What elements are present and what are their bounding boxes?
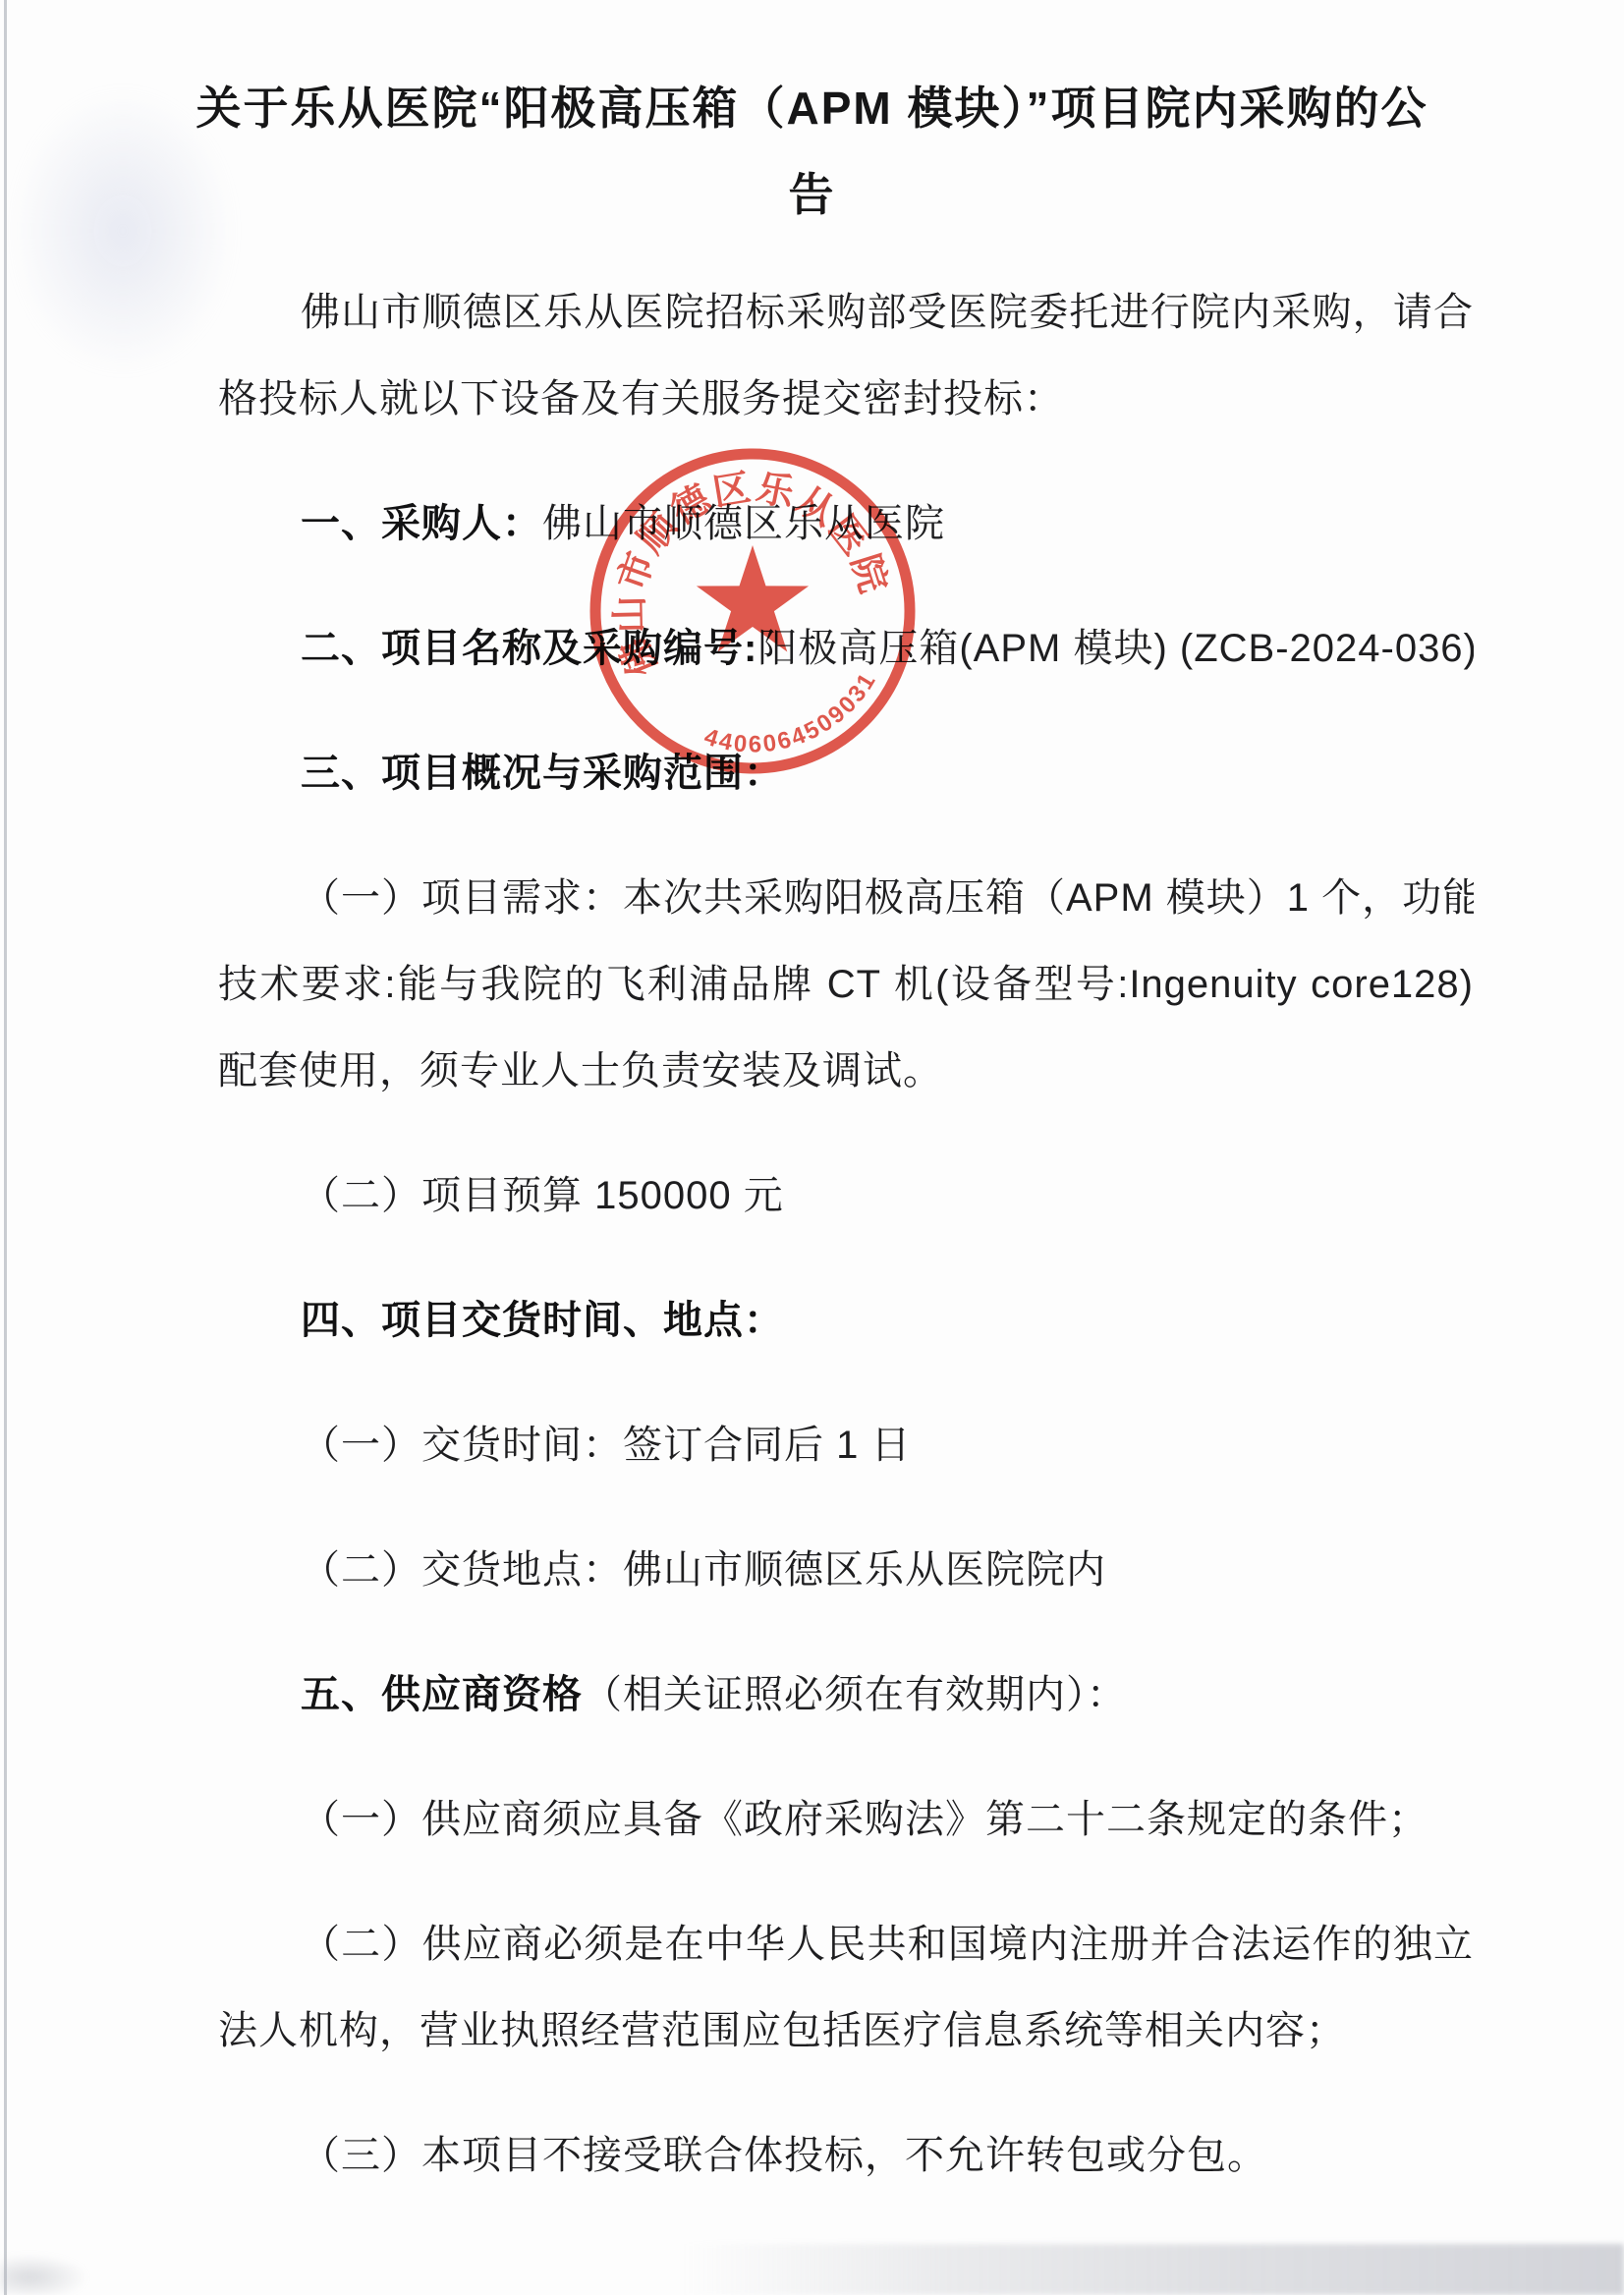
document-title-line-2: 告 [79,151,1545,238]
item-5-1: （一）供应商须应具备《政府采购法》第二十二条规定的条件； [218,1776,1474,1863]
item-5-2-line-1: （二）供应商必须是在中华人民共和国境内注册并合法运作的独立 [218,1901,1474,1987]
item-3-1-line-1: （一）项目需求：本次共采购阳极高压箱（APM 模块）1 个，功能 [218,855,1474,941]
text-segment: （二）供应商必须是在中华人民共和国境内注册并合法运作的独立 [301,1923,1474,1966]
svg-text:4406064509031: 4406064509031 [701,667,882,758]
text-segment: 法人机构，营业执照经营范围应包括医疗信息系统等相关内容； [218,2009,1346,2052]
scan-bottom-band-artifact [0,2244,1624,2295]
text-segment: （三）本项目不接受联合体投标，不允许转包或分包。 [301,2134,1267,2177]
intro-line-1: 佛山市顺德区乐从医院招标采购部受医院委托进行院内采购，请合 [218,269,1474,356]
text-segment: 佛山市顺德区乐从医院招标采购部受医院委托进行院内采购，请合 [301,291,1474,334]
text-segment: （二）项目预算 150000 元 [301,1174,784,1217]
item-4-2-delivery-place: （二）交货地点：佛山市顺德区乐从医院院内 [218,1527,1474,1613]
text-segment: （一）项目需求：本次共采购阳极高压箱（APM 模块）1 个，功能 [301,876,1474,920]
section-5-supplier-qualification: 五、供应商资格（相关证照必须在有效期内）： [218,1651,1474,1738]
text-segment: 配套使用，须专业人士负责安装及调试。 [218,1049,943,1092]
document-title: 关于乐从医院“阳极高压箱（APM 模块）”项目院内采购的公 告 [79,65,1545,238]
scanned-document-page: 关于乐从医院“阳极高压箱（APM 模块）”项目院内采购的公 告 佛山市顺德区乐从… [0,0,1624,2295]
seal-star-icon [697,545,809,652]
item-3-1-line-2: 技术要求:能与我院的飞利浦品牌 CT 机(设备型号:Ingenuity core… [218,941,1474,1028]
bold-text-segment: 一、采购人： [301,502,542,545]
text-segment: （二）交货地点：佛山市顺德区乐从医院院内 [301,1548,1106,1592]
bold-text-segment: 四、项目交货时间、地点： [301,1299,784,1342]
item-3-2-budget: （二）项目预算 150000 元 [218,1152,1474,1239]
text-segment: 技术要求:能与我院的飞利浦品牌 CT 机(设备型号:Ingenuity core… [218,963,1474,1006]
scan-edge-artifact [4,0,7,2295]
text-segment: （一）供应商须应具备《政府采购法》第二十二条规定的条件； [301,1798,1428,1841]
bold-text-segment: 五、供应商资格 [301,1673,583,1716]
item-4-1-delivery-time: （一）交货时间：签订合同后 1 日 [218,1402,1474,1488]
item-3-1-line-3: 配套使用，须专业人士负责安装及调试。 [218,1028,1474,1114]
section-4-delivery-heading: 四、项目交货时间、地点： [218,1277,1474,1364]
item-5-2-line-2: 法人机构，营业执照经营范围应包括医疗信息系统等相关内容； [218,1987,1474,2074]
seal-serial-number: 4406064509031 [701,667,882,758]
hospital-seal: 佛山市顺德区乐从医院 4406064509031 [556,415,949,808]
item-5-3: （三）本项目不接受联合体投标，不允许转包或分包。 [218,2112,1474,2199]
document-title-line-1: 关于乐从医院“阳极高压箱（APM 模块）”项目院内采购的公 [79,65,1545,151]
text-segment: （一）交货时间：签订合同后 1 日 [301,1424,911,1467]
text-segment: （相关证照必须在有效期内）： [583,1673,1127,1716]
